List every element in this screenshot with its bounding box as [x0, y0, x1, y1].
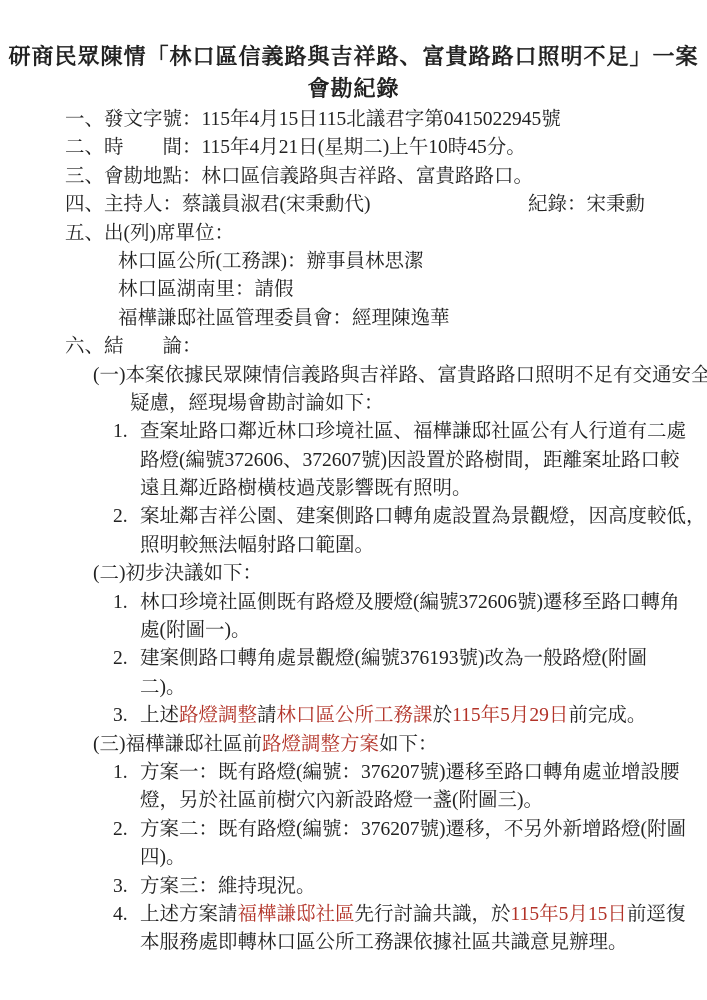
text-segment: 建案側路口轉角處景觀燈(編號376193號)改為一般路燈(附圖 — [140, 648, 647, 669]
document-page: 研商民眾陳情「林口區信義路與吉祥路、富貴路路口照明不足」一案 會勘紀錄 一、發文… — [0, 0, 707, 1000]
text-segment-red: 路燈調整方案 — [262, 734, 379, 755]
text-segment: 處(附圖一)。 — [140, 620, 251, 641]
doc-line: (二)初步決議如下： — [0, 560, 707, 588]
doc-line: 二)。 — [0, 674, 707, 702]
doc-line: (一)本案依據民眾陳情信義路與吉祥路、富貴路路口照明不足有交通安全 — [0, 362, 707, 390]
text-segment: 照明較無法幅射路口範圍。 — [140, 535, 374, 556]
doc-line: 1.方案一：既有路燈(編號：376207號)遷移至路口轉角處並增設腰 — [0, 759, 707, 787]
list-number: 3. — [113, 702, 140, 730]
text-segment: 林口區公所(工務課)：辦事員林思潔 — [118, 251, 424, 272]
recorder-note: 紀錄：宋秉勳 — [528, 191, 645, 219]
text-segment-red: 115年5月29日 — [452, 705, 568, 726]
doc-line: 1.林口珍境社區側既有路燈及腰燈(編號372606號)遷移至路口轉角 — [0, 589, 707, 617]
text-segment: 林口區湖南里：請假 — [118, 279, 294, 300]
text-segment: 疑慮，經現場會勘討論如下： — [130, 393, 384, 414]
text-segment-red: 115年5月15日 — [511, 904, 627, 925]
text-segment: 遠且鄰近路樹橫枝過茂影響既有照明。 — [140, 478, 472, 499]
text-segment: 案址鄰吉祥公園、建案側路口轉角處設置為景觀燈，因高度較低， — [140, 506, 706, 527]
doc-line: 2.方案二：既有路燈(編號：376207號)遷移，不另外新增路燈(附圖 — [0, 816, 707, 844]
text-segment-red: 路燈調整 — [179, 705, 257, 726]
text-segment: 上述方案請 — [140, 904, 238, 925]
doc-line: 本服務處即轉林口區公所工務課依據社區共識意見辦理。 — [0, 929, 707, 957]
text-segment: 三、會勘地點：林口區信義路與吉祥路、富貴路路口。 — [65, 166, 533, 187]
list-number: 1. — [113, 589, 140, 617]
doc-line: 2.建案側路口轉角處景觀燈(編號376193號)改為一般路燈(附圖 — [0, 645, 707, 673]
text-segment: 路燈(編號372606、372607號)因設置於路樹間，距離案址路口較 — [140, 450, 680, 471]
text-segment: 五、出(列)席單位： — [65, 223, 234, 244]
list-number: 2. — [113, 503, 140, 531]
doc-line: 林口區公所(工務課)：辦事員林思潔 — [0, 248, 707, 276]
document-title-line1: 研商民眾陳情「林口區信義路與吉祥路、富貴路路口照明不足」一案 — [0, 0, 707, 74]
list-number: 4. — [113, 901, 140, 929]
text-segment: 前逕復 — [627, 904, 686, 925]
text-segment: 方案一：既有路燈(編號：376207號)遷移至路口轉角處並增設腰 — [140, 762, 680, 783]
doc-line: 疑慮，經現場會勘討論如下： — [0, 390, 707, 418]
text-segment: 林口珍境社區側既有路燈及腰燈(編號372606號)遷移至路口轉角 — [140, 592, 680, 613]
doc-line: 五、出(列)席單位： — [0, 220, 707, 248]
doc-line: 4.上述方案請福樺謙邸社區先行討論共識，於115年5月15日前逕復 — [0, 901, 707, 929]
doc-line: 林口區湖南里：請假 — [0, 276, 707, 304]
text-segment: (一)本案依據民眾陳情信義路與吉祥路、富貴路路口照明不足有交通安全 — [93, 365, 707, 386]
doc-line: (三)福樺謙邸社區前路燈調整方案如下： — [0, 731, 707, 759]
doc-line: 3.上述路燈調整請林口區公所工務課於115年5月29日前完成。 — [0, 702, 707, 730]
text-segment: 本服務處即轉林口區公所工務課依據社區共識意見辦理。 — [140, 932, 628, 953]
doc-line: 燈，另於社區前樹穴內新設路燈一盞(附圖三)。 — [0, 787, 707, 815]
doc-line: 二、時 間：115年4月21日(星期二)上午10時45分。 — [0, 134, 707, 162]
doc-line: 路燈(編號372606、372607號)因設置於路樹間，距離案址路口較 — [0, 447, 707, 475]
doc-line: 處(附圖一)。 — [0, 617, 707, 645]
text-segment-red: 福樺謙邸社區 — [238, 904, 355, 925]
doc-line: 六、結 論： — [0, 333, 707, 361]
doc-line: 3.方案三：維持現況。 — [0, 873, 707, 901]
doc-line: 三、會勘地點：林口區信義路與吉祥路、富貴路路口。 — [0, 163, 707, 191]
text-segment: 燈，另於社區前樹穴內新設路燈一盞(附圖三)。 — [140, 790, 543, 811]
text-segment: (二)初步決議如下： — [93, 563, 262, 584]
text-segment: 前完成。 — [568, 705, 646, 726]
list-number: 1. — [113, 418, 140, 446]
doc-line: 2.案址鄰吉祥公園、建案側路口轉角處設置為景觀燈，因高度較低， — [0, 503, 707, 531]
list-number: 1. — [113, 759, 140, 787]
doc-line: 四)。 — [0, 844, 707, 872]
text-segment: 二、時 間：115年4月21日(星期二)上午10時45分。 — [65, 137, 526, 158]
text-segment: 上述 — [140, 705, 179, 726]
text-segment: 二)。 — [140, 677, 186, 698]
text-segment: 如下： — [379, 734, 438, 755]
doc-line: 一、發文字號：115年4月15日115北議君字第0415022945號 — [0, 106, 707, 134]
text-segment-red: 林口區公所工務課 — [277, 705, 433, 726]
list-number: 3. — [113, 873, 140, 901]
text-segment: 於 — [433, 705, 453, 726]
text-segment: 四)。 — [140, 847, 186, 868]
text-segment: 方案二：既有路燈(編號：376207號)遷移，不另外新增路燈(附圖 — [140, 819, 686, 840]
document-title-line2: 會勘紀錄 — [0, 74, 707, 104]
doc-line: 遠且鄰近路樹橫枝過茂影響既有照明。 — [0, 475, 707, 503]
doc-line: 1.查案址路口鄰近林口珍境社區、福樺謙邸社區公有人行道有二處 — [0, 418, 707, 446]
text-segment: 請 — [257, 705, 277, 726]
text-segment: (三)福樺謙邸社區前 — [93, 734, 262, 755]
text-segment: 福樺謙邸社區管理委員會：經理陳逸華 — [118, 308, 450, 329]
doc-line: 福樺謙邸社區管理委員會：經理陳逸華 — [0, 305, 707, 333]
list-number: 2. — [113, 645, 140, 673]
text-segment: 先行討論共識，於 — [355, 904, 511, 925]
text-segment: 查案址路口鄰近林口珍境社區、福樺謙邸社區公有人行道有二處 — [140, 421, 686, 442]
doc-line: 四、主持人：蔡議員淑君(宋秉勳代)紀錄：宋秉勳 — [0, 191, 707, 219]
text-segment: 一、發文字號：115年4月15日115北議君字第0415022945號 — [65, 109, 561, 130]
text-segment: 方案三：維持現況。 — [140, 876, 316, 897]
list-number: 2. — [113, 816, 140, 844]
text-segment: 六、結 論： — [65, 336, 202, 357]
text-segment: 四、主持人：蔡議員淑君(宋秉勳代) — [65, 194, 371, 215]
doc-line: 照明較無法幅射路口範圍。 — [0, 532, 707, 560]
document-body: 一、發文字號：115年4月15日115北議君字第0415022945號二、時 間… — [0, 106, 707, 958]
